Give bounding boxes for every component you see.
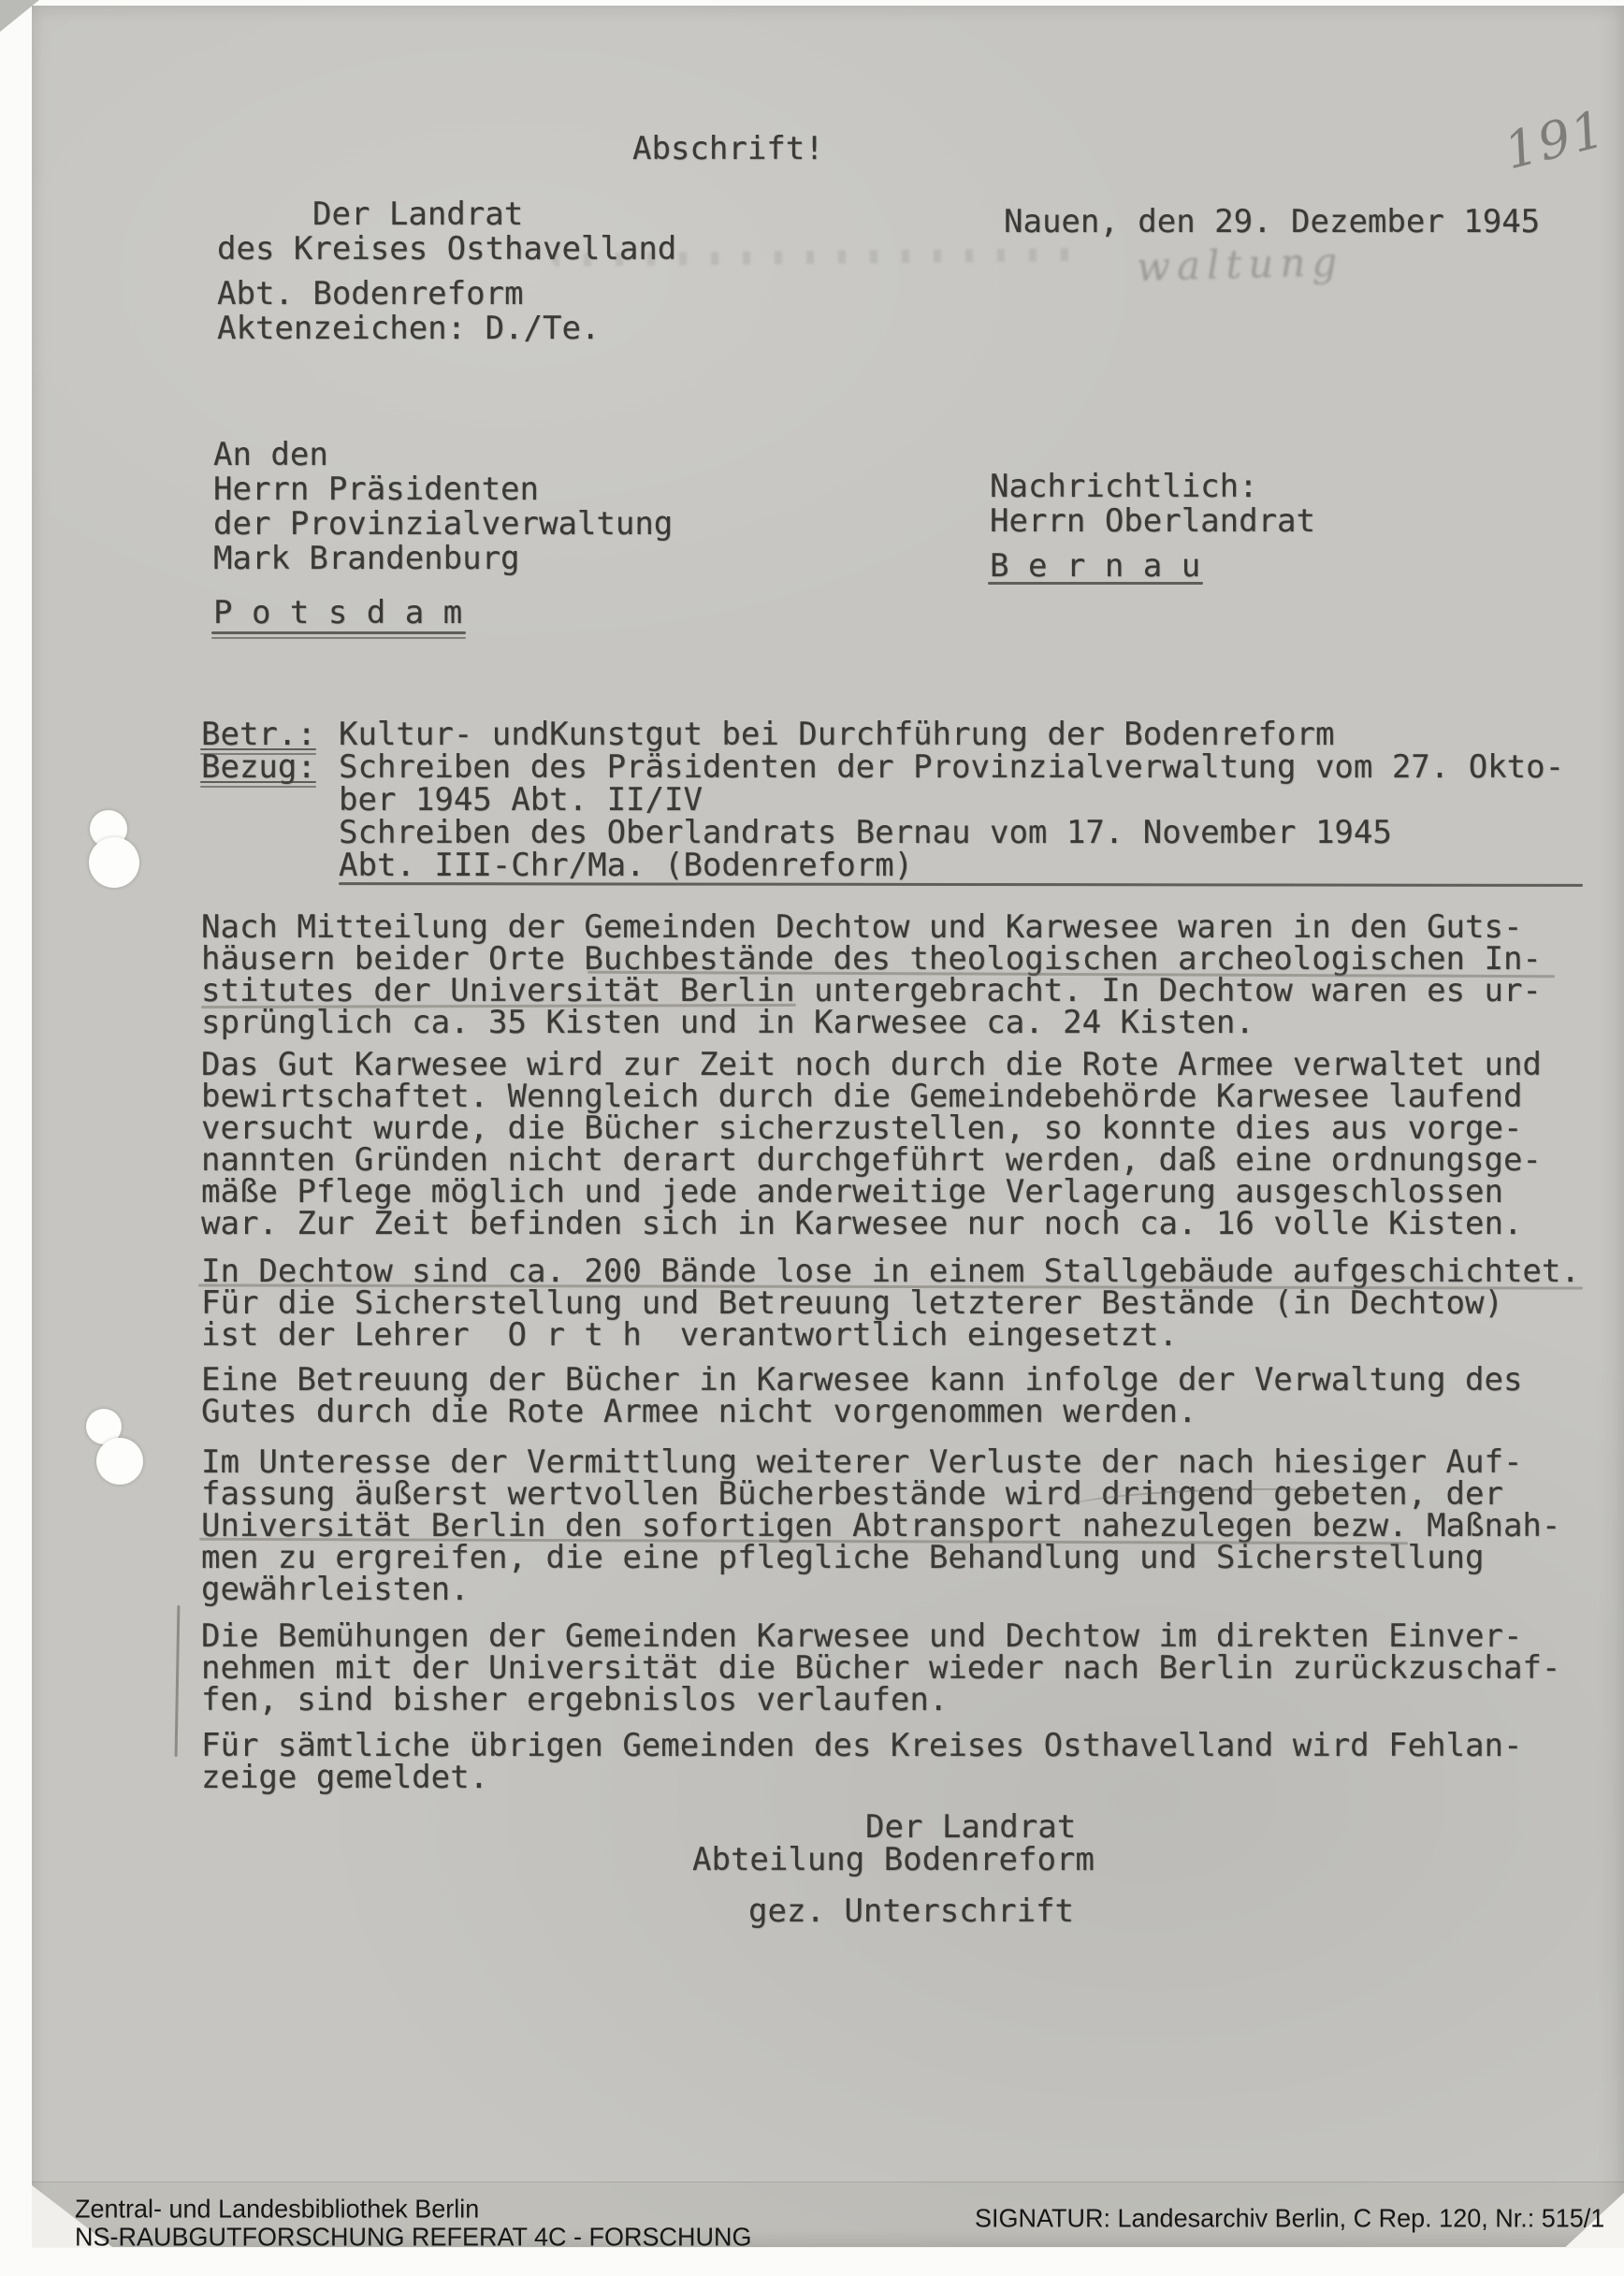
paragraph-2: Das Gut Karwesee wird zur Zeit noch durc…: [201, 1049, 1542, 1239]
subject-label: Betr.:: [201, 718, 316, 751]
paragraph-7: Für sämtliche übrigen Gemeinden des Krei…: [201, 1730, 1522, 1793]
underline: [988, 582, 1203, 585]
document-scan: 191 Abschrift! Der Landrat des Kreises O…: [0, 0, 1624, 2276]
place-date: Nauen, den 29. Dezember 1945: [1004, 206, 1540, 238]
paragraph-4: Eine Betreuung der Bücher in Karwesee ka…: [201, 1364, 1522, 1428]
paragraph-5: Im Unteresse der Vermittlung weiterer Ve…: [201, 1446, 1560, 1605]
cc-name: Herrn Oberlandrat: [990, 505, 1315, 537]
received-stamp-fragment: waltung: [1136, 239, 1344, 290]
cc-city: B e r n a u: [990, 550, 1200, 582]
department-line: Abt. Bodenreform: [217, 278, 524, 310]
paragraph-3: In Dechtow sind ca. 200 Bände lose in ei…: [201, 1255, 1580, 1351]
punch-hole: [96, 1438, 143, 1485]
underline: [211, 631, 466, 634]
recipient-address: An den Herrn Präsidenten der Provinzialv…: [213, 438, 673, 576]
reference-label: Bezug:: [201, 751, 316, 784]
punch-hole: [89, 837, 139, 888]
sender-name: Der Landrat: [312, 198, 523, 230]
signature-signed: gez. Unterschrift: [748, 1895, 1074, 1927]
underline: [200, 786, 316, 788]
reference-lines: Schreiben des Präsidenten der Provinzial…: [339, 751, 1564, 882]
signature-title: Der Landrat: [865, 1811, 1076, 1843]
archive-library-line: Zentral- und Landesbibliothek Berlin: [75, 2194, 479, 2223]
archive-research-line: NS-RAUBGUTFORSCHUNG REFERAT 4C - FORSCHU…: [75, 2222, 752, 2251]
paragraph-6: Die Bemühungen der Gemeinden Karwesee un…: [201, 1620, 1560, 1716]
underline: [211, 637, 466, 639]
subject-text: Kultur- undKunstgut bei Durchführung der…: [339, 718, 1334, 751]
signature-department: Abteilung Bodenreform: [692, 1844, 1095, 1876]
copy-note: Abschrift!: [632, 133, 824, 165]
cc-label: Nachrichtlich:: [990, 471, 1258, 502]
underline: [200, 781, 316, 783]
archive-signature-line: SIGNATUR: Landesarchiv Berlin, C Rep. 12…: [975, 2203, 1604, 2232]
recipient-city: P o t s d a m: [213, 597, 462, 629]
file-reference: Aktenzeichen: D./Te.: [217, 312, 600, 344]
